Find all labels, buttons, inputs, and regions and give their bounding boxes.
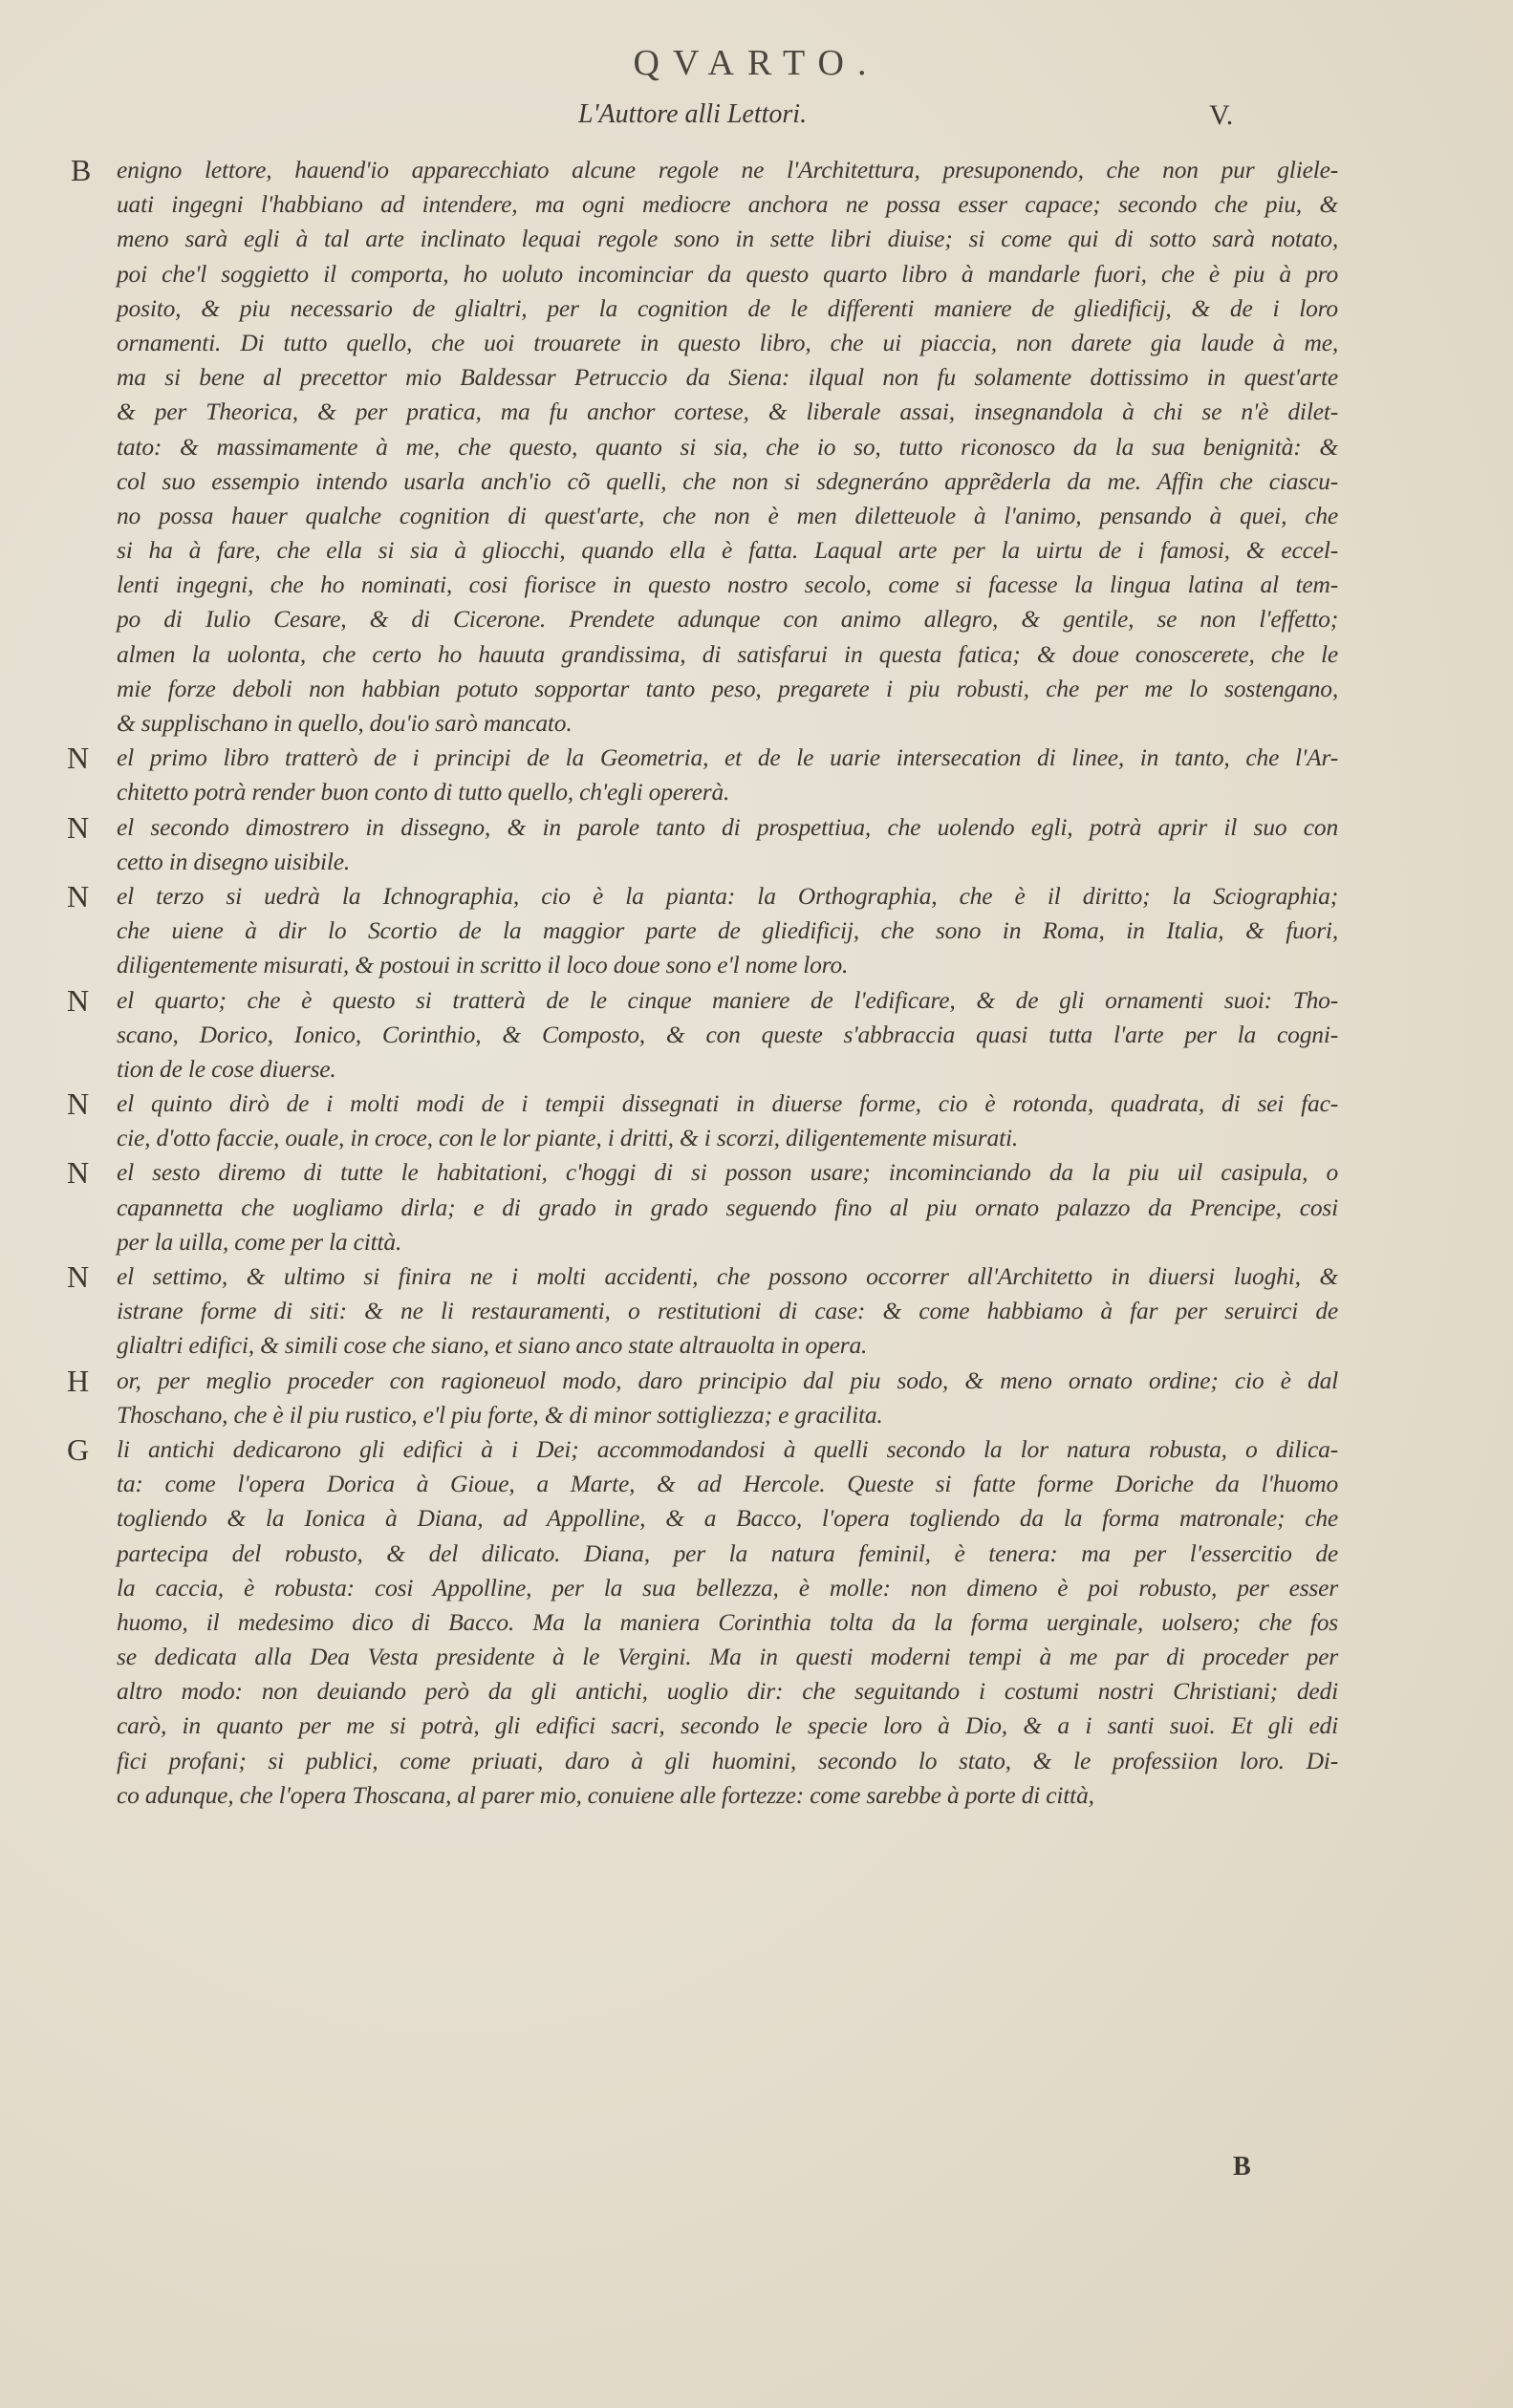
paragraph: Nel secondo dimostrero in dissegno, & in… [67, 810, 1338, 879]
text-line: el settimo, & ultimo si finira ne i molt… [67, 1259, 1338, 1294]
text-line: & supplischano in quello, dou'io sarò ma… [67, 706, 1338, 741]
paragraph-initial: N [67, 1155, 89, 1190]
paragraph-initial: N [67, 810, 89, 845]
paragraph: Hor, per meglio proceder con ragioneuol … [67, 1364, 1338, 1432]
text-line: uati ingegni l'habbiano ad intendere, ma… [67, 187, 1338, 222]
text-line: ornamenti. Di tutto quello, che uoi trou… [67, 326, 1338, 360]
text-line: poi che'l soggietto il comporta, ho uolu… [67, 257, 1338, 291]
paragraph: Gli antichi dedicarono gli edifici à i D… [67, 1432, 1338, 1813]
text-line: cetto in disegno uisibile. [67, 845, 1338, 879]
text-line: ma si bene al precettor mio Baldessar Pe… [67, 360, 1338, 395]
text-line: cie, d'otto faccie, ouale, in croce, con… [67, 1121, 1338, 1155]
running-head: QVARTO. [0, 42, 1513, 84]
body-text: Benigno lettore, hauend'io apparecchiato… [67, 153, 1338, 1813]
text-line: glialtri edifici, & simili cose che sian… [67, 1328, 1338, 1363]
text-line: co adunque, che l'opera Thoscana, al par… [67, 1778, 1338, 1813]
text-line: Thoschano, che è il piu rustico, e'l piu… [67, 1398, 1338, 1432]
text-line: togliendo & la Ionica à Diana, ad Appoll… [67, 1501, 1338, 1536]
paragraph: Nel quarto; che è questo si tratterà de … [67, 983, 1338, 1087]
text-line: altro modo: non deuiando però da gli ant… [67, 1674, 1338, 1709]
text-line: diligentemente misurati, & postoui in sc… [67, 948, 1338, 982]
paragraph: Nel quinto dirò de i molti modi de i tem… [67, 1086, 1338, 1155]
text-line: lenti ingegni, che ho nominati, cosi fio… [67, 568, 1338, 602]
text-line: col suo essempio intendo usarla anch'io … [67, 464, 1338, 499]
paragraph-initial: N [67, 1259, 89, 1294]
text-line: la caccia, è robusta: cosi Appolline, pe… [67, 1571, 1338, 1605]
paragraph-initial: N [67, 983, 89, 1018]
text-line: istrane forme di siti: & ne li restauram… [67, 1294, 1338, 1328]
text-line: huomo, il medesimo dico di Bacco. Ma la … [67, 1605, 1338, 1640]
signature-mark-bottom: B [1233, 2152, 1251, 2182]
text-line: or, per meglio proceder con ragioneuol m… [67, 1364, 1338, 1398]
paragraph-initial: N [67, 1086, 89, 1121]
text-line: po di Iulio Cesare, & di Cicerone. Prend… [67, 602, 1338, 636]
text-line: enigno lettore, hauend'io apparecchiato … [67, 153, 1338, 187]
paragraph: Nel settimo, & ultimo si finira ne i mol… [67, 1259, 1338, 1364]
text-line: se dedicata alla Dea Vesta presidente à … [67, 1640, 1338, 1674]
section-heading: L'Auttore alli Lettori. [578, 99, 807, 130]
text-line: li antichi dedicarono gli edifici à i De… [67, 1432, 1338, 1467]
text-line: scano, Dorico, Ionico, Corinthio, & Comp… [67, 1018, 1338, 1052]
text-line: tato: & massimamente à me, che questo, q… [67, 430, 1338, 464]
paragraph-initial: N [67, 879, 89, 914]
text-line: per la uilla, come per la città. [67, 1225, 1338, 1259]
text-line: tion de le cose diuerse. [67, 1052, 1338, 1086]
text-line: posito, & piu necessario de glialtri, pe… [67, 291, 1338, 326]
text-line: el quinto dirò de i molti modi de i temp… [67, 1086, 1338, 1121]
paragraph-initial: H [67, 1364, 89, 1398]
paragraph: Nel primo libro tratterò de i principi d… [67, 741, 1338, 809]
text-line: mie forze deboli non habbian potuto sopp… [67, 672, 1338, 706]
text-line: & per Theorica, & per pratica, ma fu anc… [67, 395, 1338, 429]
paragraph: Nel sesto diremo di tutte le habitationi… [67, 1155, 1338, 1259]
text-line: no possa hauer qualche cognition di ques… [67, 499, 1338, 533]
text-line: si ha à fare, che ella si sia à gliocchi… [67, 533, 1338, 568]
text-line: el terzo si uedrà la Ichnographia, cio è… [67, 879, 1338, 914]
paragraph-initial: B [71, 153, 91, 187]
heading-row: L'Auttore alli Lettori. V. [0, 99, 1513, 138]
text-line: carò, in quanto per me si potrà, gli edi… [67, 1709, 1338, 1743]
text-line: el quarto; che è questo si tratterà de l… [67, 983, 1338, 1018]
text-line: fici profani; si publici, come priuati, … [67, 1744, 1338, 1778]
paragraph: Nel terzo si uedrà la Ichnographia, cio … [67, 879, 1338, 983]
signature-mark-top: V. [1209, 99, 1233, 132]
text-line: chitetto potrà render buon conto di tutt… [67, 775, 1338, 809]
text-line: meno sarà egli à tal arte inclinato lequ… [67, 222, 1338, 256]
text-line: el primo libro tratterò de i principi de… [67, 741, 1338, 775]
paragraph-initial: N [67, 741, 89, 775]
text-line: almen la uolonta, che certo ho hauuta gr… [67, 637, 1338, 672]
text-line: el secondo dimostrero in dissegno, & in … [67, 810, 1338, 845]
text-line: partecipa del robusto, & del dilicato. D… [67, 1537, 1338, 1571]
text-line: el sesto diremo di tutte le habitationi,… [67, 1155, 1338, 1190]
book-page: QVARTO. L'Auttore alli Lettori. V. Benig… [0, 0, 1513, 2408]
paragraph-initial: G [67, 1432, 89, 1467]
text-line: capannetta che uogliamo dirla; e di grad… [67, 1191, 1338, 1225]
text-line: ta: come l'opera Dorica à Gioue, a Marte… [67, 1467, 1338, 1501]
text-line: che uiene à dir lo Scortio de la maggior… [67, 914, 1338, 948]
paragraph: Benigno lettore, hauend'io apparecchiato… [67, 153, 1338, 741]
